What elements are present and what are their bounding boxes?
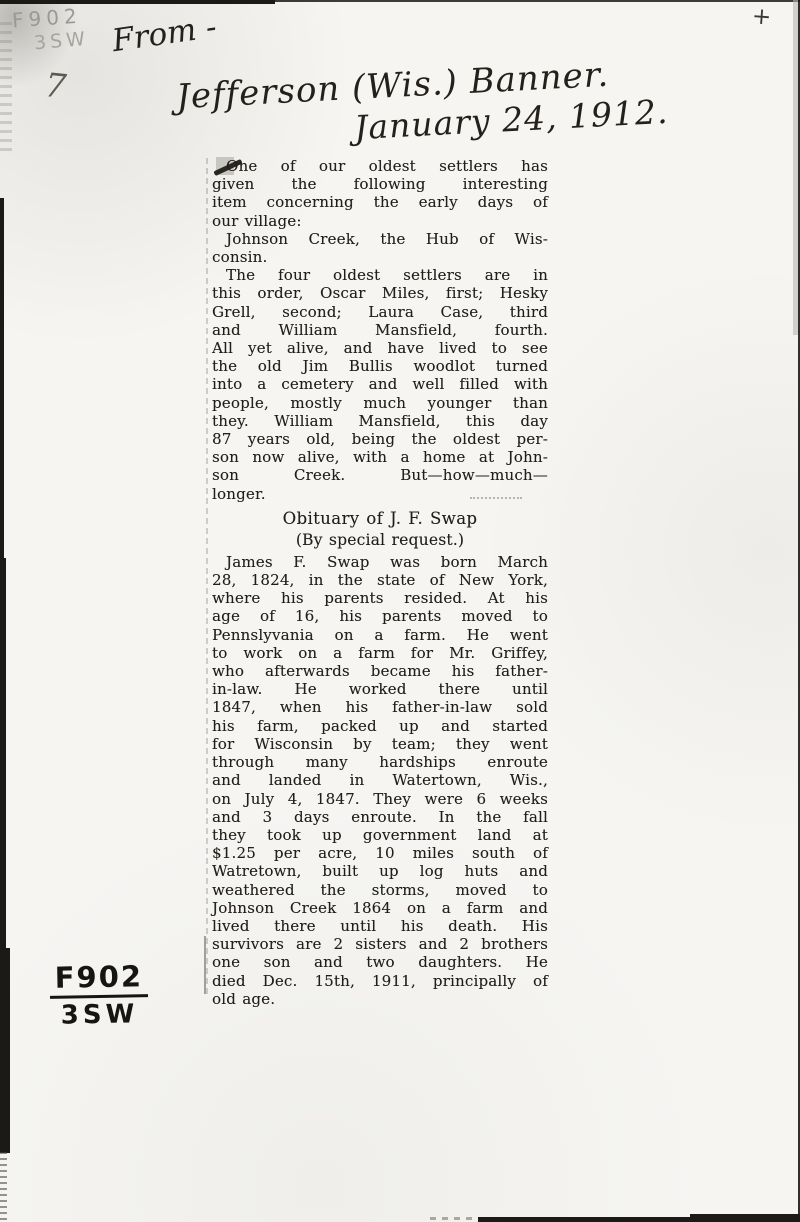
clipping-line: his farm, packed up and started [212,717,548,735]
clipping-line: item concerning the early days of [212,193,548,211]
scan-edge-left [0,948,10,1153]
page-numeral: 7 [43,65,68,106]
clipping-line: Grell, second; Laura Case, third [212,303,548,321]
clipping-line: died Dec. 15th, 1911, principally of [212,972,548,990]
clipping-line: they took up government land at [212,826,548,844]
catalog-shelf-bottom: 3SW [50,999,149,1031]
catalog-code-bottom: F902 [49,959,148,999]
clipping-line: Johnson Creek 1864 on a farm and [212,899,548,917]
scan-edge-bottom-ticks [430,1217,476,1220]
scan-edge-left [0,558,6,950]
clipping-line: and William Mansfield, fourth. [212,321,548,339]
clipping-paragraph: One of our oldest settlers hasgiven the … [212,157,548,230]
clipping-line: people, mostly much younger than [212,394,548,412]
clipping-line: and landed in Watertown, Wis., [212,771,548,789]
clipping-line: into a cemetery and well filled with [212,375,548,393]
clipping-line: this order, Oscar Miles, first; Hesky [212,284,548,302]
clipping-line: for Wisconsin by team; they went [212,735,548,753]
scanned-page: F902 3SW 7 + From - Jefferson (Wis.) Ban… [0,0,800,1222]
clipping-edge-line [206,158,208,994]
clipping-line: 28, 1824, in the state of New York, [212,571,548,589]
clipping-line: son now alive, with a home at John- [212,448,548,466]
clipping-line: age of 16, his parents moved to [212,607,548,625]
clipping-line: they. William Mansfield, this day [212,412,548,430]
from-annotation: From - [110,9,219,59]
scan-edge-bottom-thick [690,1214,800,1222]
clipping-line: who afterwards became his father- [212,662,548,680]
obituary-subheadline: (By special request.) [212,530,548,550]
clipping-line: one son and two daughters. He [212,953,548,971]
clipping-line: our village: [212,212,548,230]
clipping-line: where his parents resided. At his [212,589,548,607]
clipping-edge-bracket [204,936,206,994]
clipping-line: to work on a farm for Mr. Griffey, [212,644,548,662]
clipping-line: old age. [212,990,548,1008]
clipping-line: consin. [212,248,548,266]
clipping-line: through many hardships enroute [212,753,548,771]
scan-edge-right-shadow [793,0,798,335]
clipping-line: son Creek. But—how—much— [212,466,548,484]
clipping-line: survivors are 2 sisters and 2 brothers [212,935,548,953]
clipping-line: 87 years old, being the oldest per- [212,430,548,448]
obituary-headline: Obituary of J. F. Swap [212,508,548,530]
clipping-paragraph: James F. Swap was born March28, 1824, in… [212,553,548,1008]
clipping-line: and 3 days enroute. In the fall [212,808,548,826]
clipping-line: James F. Swap was born March [212,553,548,571]
clipping-line: weathered the storms, moved to [212,881,548,899]
clipping-paragraph: Johnson Creek, the Hub of Wis-consin. [212,230,548,266]
clipping-paragraph: The four oldest settlers are inthis orde… [212,266,548,503]
clipping-line: lived there until his death. His [212,917,548,935]
clipping-line: All yet alive, and have lived to see [212,339,548,357]
scan-edge-left-speckle [0,1152,7,1222]
clipping-line: $1.25 per acre, 10 miles south of [212,844,548,862]
clipping-line: The four oldest settlers are in [212,266,548,284]
clipping-intro: One of our oldest settlers hasgiven the … [212,157,548,503]
scan-edge-left [0,198,4,560]
scan-noise-left [0,22,12,152]
clipping-line: the old Jim Bullis woodlot turned [212,357,548,375]
newspaper-clipping: One of our oldest settlers hasgiven the … [212,157,548,1008]
clipping-line: Watretown, built up log huts and [212,862,548,880]
clipping-line: 1847, when his father-in-law sold [212,698,548,716]
clipping-line: longer. [212,485,548,503]
clipping-line: in-law. He worked there until [212,680,548,698]
clipping-line: Johnson Creek, the Hub of Wis- [212,230,548,248]
obituary-body: James F. Swap was born March28, 1824, in… [212,553,548,1008]
clipping-line: Pennslyvania on a farm. He went [212,626,548,644]
clipping-line: on July 4, 1847. They were 6 weeks [212,790,548,808]
catalog-shelf-top: 3SW [33,28,90,55]
clipping-line: given the following interesting [212,175,548,193]
registration-cross-mark: + [751,3,772,30]
scan-edge-top-thick [0,0,275,4]
catalog-number-bottom: F902 3SW [49,959,149,1031]
clipping-line: One of our oldest settlers has [212,157,548,175]
